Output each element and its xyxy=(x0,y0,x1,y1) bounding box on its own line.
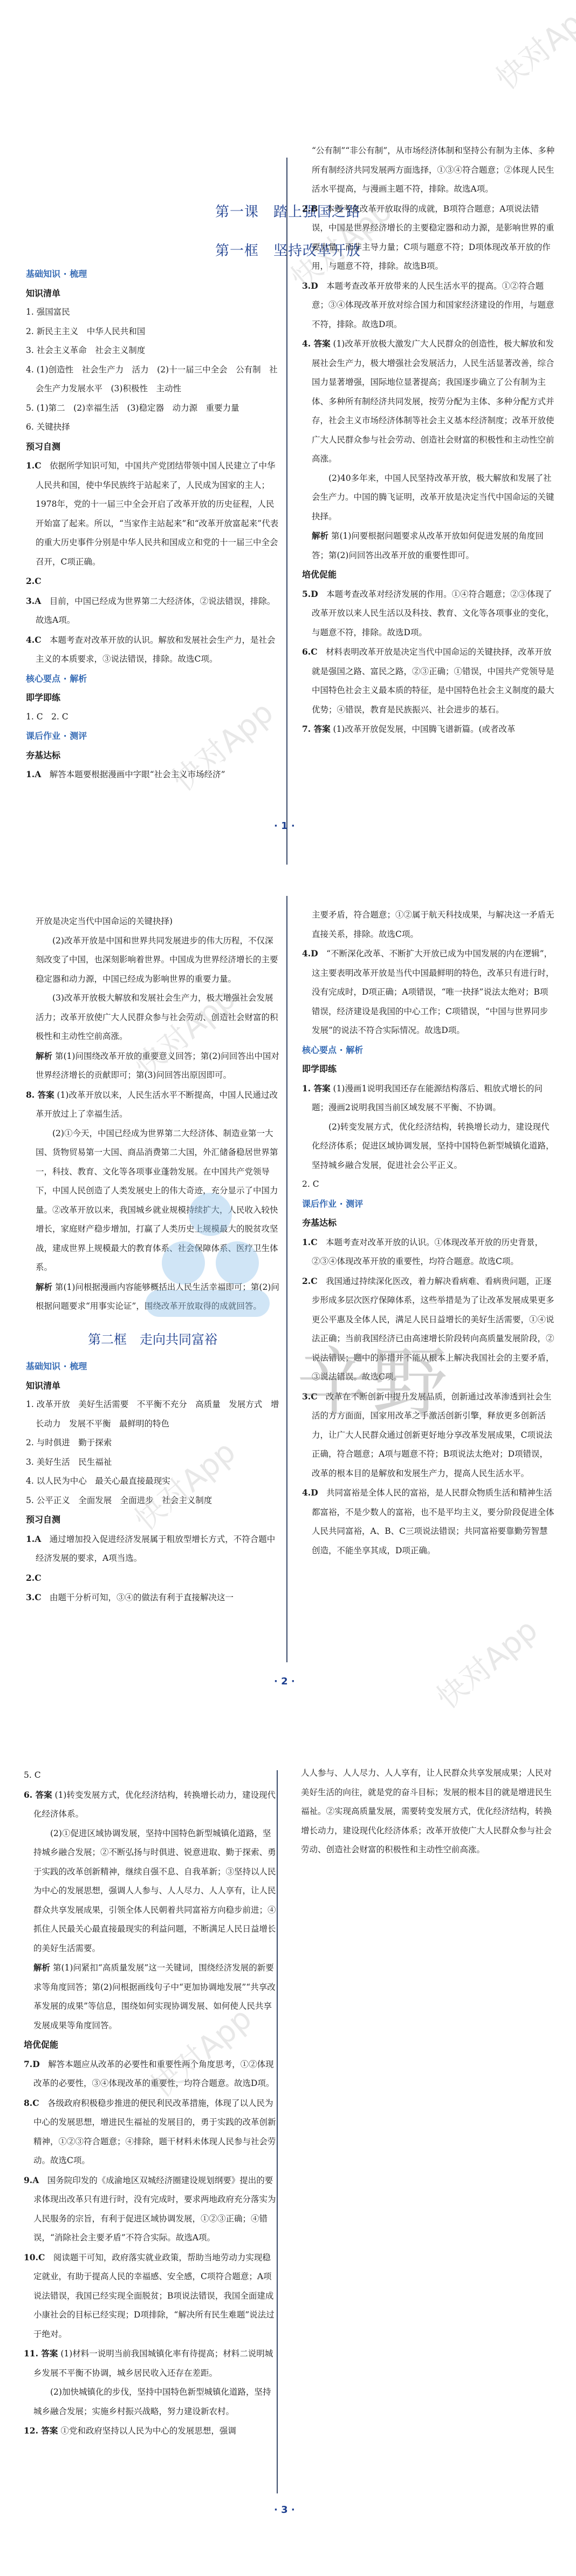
list-item: 5. 公平正义 全面发展 全面进步 社会主义制度 xyxy=(26,1491,279,1511)
answer-item: 1. 答案 (1)漫画1说明我国还存在能源结构落后、粗放式增长的问题；漫画2说明… xyxy=(302,1079,556,1118)
answer-item: 5.D 本题考查改革对经济发展的作用。①④符合题意；②③体现了改革开放以来人民生… xyxy=(302,584,556,643)
list-item: 4. 以人民为中心 最关心最直接最现实 xyxy=(26,1472,279,1491)
list-item: 5. (1)第二 (2)幸福生活 (3)稳定器 动力源 重要力量 xyxy=(26,399,279,418)
section-basic-knowledge: 基础知识 · 梳理 xyxy=(26,264,279,284)
answer-continuation: “公有制”“非公有制”，从市场经济体制和坚持公有制为主体、多种所有制经济共同发展… xyxy=(302,141,556,199)
answer-item: 3.A 目前，中国已经成为世界第二大经济体，②说法错误，排除。故选A项。 xyxy=(26,592,279,630)
answer-item: 4.D 共同富裕是全体人民的富裕，是人民群众物质生活和精神生活都富裕，不是少数人… xyxy=(302,1483,556,1560)
answer-item: 8. 答案 (1)改革开放以来，人民生活水平不断提高，中国人民通过改革开放过上了… xyxy=(26,1085,279,1124)
page3-left-column: 5. C 6. 答案 (1)转变发展方式，优化经济结构，转换增长动力，建设现代化… xyxy=(24,1766,277,2441)
subsection-foundation: 夯基达标 xyxy=(26,746,279,765)
answer-continuation: 人人参与、人人尽力、人人享有，让人民群众共享发展成果；人民对美好生活的向往，就是… xyxy=(301,1764,554,1860)
answer-item: 6. 答案 (1)转变发展方式，优化经济结构，转换增长动力，建设现代化经济体系。 xyxy=(24,1785,277,1824)
analysis: 解析 第(1)问围绕改革开放的重要意义回答；第(2)问回答出中国对世界经济增长的… xyxy=(26,1046,279,1085)
list-item: 1. 强国富民 xyxy=(26,303,279,322)
answer-item: 12. 答案 ①党和政府坚持以人民为中心的发展思想，强调 xyxy=(24,2421,277,2441)
answer-paragraph: (2)改革开放是中国和世界共同发展进步的伟大历程，不仅深刻改变了中国，也深刻影响… xyxy=(26,932,279,989)
page1-left-column: 基础知识 · 梳理 知识清单 1. 强国富民 2. 新民主主义 中华人民共和国 … xyxy=(26,264,279,785)
answer-item: 8.C 各级政府积极稳步推进的便民利民改革措施，体现了以人民为中心的发展思想，增… xyxy=(24,2094,277,2171)
answer-continuation: 主要矛盾，符合题意；①②属于航天科技成果，与解决这一矛盾无直接关系，排除。故选C… xyxy=(302,906,556,944)
answer-item: 9.A 国务院印发的《成渝地区双城经济圈建设规划纲要》提出的要求体现出改革只有进… xyxy=(24,2171,277,2248)
answer-item: 2.C xyxy=(26,572,279,592)
answer-item: 3.C 由题干分析可知，③④的做法有利于直接解决这一 xyxy=(26,1588,279,1608)
answer-paragraph: (2)加快城镇化的步伐，坚持中国特色新型城镇化道路，坚持城乡融合发展；实施乡村振… xyxy=(24,2383,277,2421)
practice-answers: 1. C 2. C xyxy=(26,708,279,727)
answer-item: 4. 答案 (1)改革开放极大激发广大人民群众的创造性，极大解放和发展社会生产力… xyxy=(302,334,556,469)
answer-item: 2.C xyxy=(26,1568,279,1588)
list-item: 2. 新民主主义 中华人民共和国 xyxy=(26,322,279,342)
subsection-practice: 即学即练 xyxy=(302,1059,556,1079)
section-homework: 课后作业 · 测评 xyxy=(26,726,279,746)
analysis: 解析 第(1)问紧扣“高质量发展”这一关键词，围绕经济发展的新要求等角度回答；第… xyxy=(24,1958,277,2035)
answer-continuation: 开放是决定当代中国命运的关键抉择) xyxy=(26,912,279,932)
answer-paragraph: (3)改革开放极大解放和发展社会生产力，极大增强社会发展活力；改革开放使广大人民… xyxy=(26,989,279,1046)
answer-item: 2.C 我国通过持续深化医改，着力解决看病难、看病贵问题，正逐步形成多层次医疗保… xyxy=(302,1272,556,1387)
answer-item: 3.D 本题考查改革开放带来的人民生活水平的提高。①②符合题意；③④体现改革开放… xyxy=(302,276,556,335)
page2-right-column: 主要矛盾，符合题意；①②属于航天科技成果，与解决这一矛盾无直接关系，排除。故选C… xyxy=(302,906,556,1560)
subsection-preview-test: 预习自测 xyxy=(26,437,279,457)
list-item: 1. 改革开放 美好生活需要 不平衡不充分 高质量 发展方式 增长动力 发展不平… xyxy=(26,1395,279,1433)
subsection-advance: 培优促能 xyxy=(24,2035,277,2055)
answer-item: 6.C 材料表明改革开放是决定当代中国命运的关键抉择，改革开放就是强国之路、富民… xyxy=(302,642,556,719)
frame-title: 第二框 走向共同富裕 xyxy=(26,1330,279,1350)
page-number: · 3 · xyxy=(274,2504,295,2516)
page-2: 开放是决定当代中国命运的关键抉择) (2)改革开放是中国和世界共同发展进步的伟大… xyxy=(0,891,576,1722)
answer-item: 1.C 依据所学知识可知，中国共产党团结带领中国人民建立了中华人民共和国，使中华… xyxy=(26,456,279,572)
answer-paragraph: (2)40多年来，中国人民坚持改革开放，极大解放和发展了社会生产力。中国的腾飞证… xyxy=(302,469,556,527)
answer-item: 1.C 本题考查对改革开放的认识。①体现改革开放的历史背景，②③④体现改革开放的… xyxy=(302,1233,556,1272)
list-item: 3. 美好生活 民生福祉 xyxy=(26,1453,279,1472)
watermark: 快对App xyxy=(485,0,576,98)
subsection-foundation: 夯基达标 xyxy=(302,1213,556,1233)
page1-right-column: “公有制”“非公有制”，从市场经济体制和坚持公有制为主体、多种所有制经济共同发展… xyxy=(302,141,556,739)
answer-item: 1.A 通过增加投入促进经济发展属于粗放型增长方式，不符合题中经济发展的要求，A… xyxy=(26,1530,279,1568)
subsection-advance: 培优促能 xyxy=(302,565,556,584)
page-number: · 1 · xyxy=(274,820,295,832)
subsection-knowledge-list: 知识清单 xyxy=(26,284,279,303)
answer-paragraph: (2)①促进区域协调发展，坚持中国特色新型城镇化道路，坚持城乡融合发展；②不断弘… xyxy=(24,1824,277,1959)
analysis: 解析 第(1)问要根据问题要求从改革开放如何促进发展的角度回答；第(2)问回答出… xyxy=(302,526,556,565)
list-item: 6. 关键抉择 xyxy=(26,418,279,437)
list-item: 2. 与时俱进 勤于探索 xyxy=(26,1433,279,1453)
page2-left-column: 开放是决定当代中国命运的关键抉择) (2)改革开放是中国和世界共同发展进步的伟大… xyxy=(26,912,279,1608)
analysis: 解析 第(1)问根据漫画内容能够概括出人民生活幸福即可；第(2)问根据问题要求“… xyxy=(26,1277,279,1316)
answer-item: 7. 答案 (1)改革开放促发展，中国腾飞谱新篇。(或者改革 xyxy=(302,719,556,739)
subsection-preview-test: 预习自测 xyxy=(26,1510,279,1530)
watermark: 快对App xyxy=(426,1607,545,1717)
list-item: 3. 社会主义革命 社会主义制度 xyxy=(26,341,279,361)
section-homework: 课后作业 · 测评 xyxy=(302,1194,556,1214)
section-core-points: 核心要点 · 解析 xyxy=(26,669,279,689)
column-divider xyxy=(286,896,287,1662)
list-item: 4. (1)创造性 社会生产力 活力 (2)十一届三中全会 公有制 社会生产力发… xyxy=(26,361,279,399)
answer-item: 2. C xyxy=(302,1175,556,1194)
page3-right-column: 人人参与、人人尽力、人人享有，让人民群众共享发展成果；人民对美好生活的向往，就是… xyxy=(301,1764,554,1860)
answer-item: 3.C 改革在不断创新中提升发展品质，创新通过改革渗透到社会生活的方方面面，国家… xyxy=(302,1387,556,1484)
answer-item: 10.C 阅读题干可知，政府落实就业政策，帮助当地劳动力实现稳定就业，有助于提高… xyxy=(24,2248,277,2344)
page-1: 第一课 踏上强国之路 第一框 坚持改革开放 基础知识 · 梳理 知识清单 1. … xyxy=(0,0,576,885)
answer-item: 7.D 解答本题应从改革的必要性和重要性两个角度思考，①②体现改革的必要性，③④… xyxy=(24,2055,277,2094)
column-divider xyxy=(286,158,287,865)
section-basic-knowledge: 基础知识 · 梳理 xyxy=(26,1357,279,1376)
answer-item: 4.D “不断深化改革、不断扩大开放已成为中国发展的内在逻辑”，这主要表明改革开… xyxy=(302,944,556,1041)
answer-item: 4.C 本题考查对改革开放的认识。解放和发展社会生产力，是社会主义的本质要求，③… xyxy=(26,630,279,669)
answer-item: 2.B 本题考查改革开放取得的成就，B项符合题意；A项说法错误，中国是世界经济增… xyxy=(302,199,556,276)
answer-item: 11. 答案 (1)材料一说明当前我国城镇化率有待提高；材料二说明城乡发展不平衡… xyxy=(24,2344,277,2383)
answer-item: 5. C xyxy=(24,1766,277,1785)
answer-item: 1.A 解答本题要根据漫画中字眼“社会主义市场经济” xyxy=(26,765,279,785)
answer-paragraph: (2)①今天，中国已经成为世界第二大经济体、制造业第一大国、货物贸易第一大国、商… xyxy=(26,1124,279,1277)
answer-paragraph: (2)转变发展方式，优化经济结构，转换增长动力，建设现代化经济体系；促进区域协调… xyxy=(302,1118,556,1175)
section-core-points: 核心要点 · 解析 xyxy=(302,1041,556,1060)
page-3: 5. C 6. 答案 (1)转变发展方式，优化经济结构，转换增长动力，建设现代化… xyxy=(0,1727,576,2576)
subsection-practice: 即学即练 xyxy=(26,688,279,708)
subsection-knowledge-list: 知识清单 xyxy=(26,1376,279,1396)
page-number: · 2 · xyxy=(274,1676,295,1687)
